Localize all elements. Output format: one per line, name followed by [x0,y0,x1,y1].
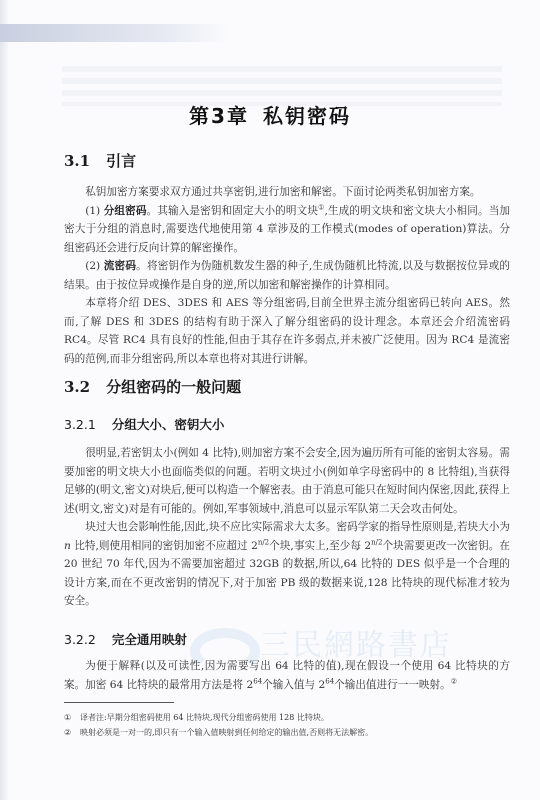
section-3-2-2-body: 为便于解释(以及可读性,因为需要写出 64 比特的值),现在假设一个使用 64 … [64,657,510,694]
s321-paragraph-1: 很明显,若密钥太小(例如 4 比特),则加密方案不会安全,因为遍历所有可能的密钥… [64,444,510,518]
section-heading-3-2: 3.2分组密码的一般问题 [64,376,241,397]
chapter-name: 私钥密码 [263,104,351,128]
footnotes: ①译者注:早期分组密码使用 64 比特块,现代分组密码使用 128 比特块。 ②… [64,710,510,740]
section-3-1-body: 私钥加密方案要求双方通过共享密钥,进行加密和解密。下面讨论两类私钥加密方案。 (… [64,183,510,368]
section-3-2-1-body: 很明显,若密钥太小(例如 4 比特),则加密方案不会安全,因为遍历所有可能的密钥… [64,444,510,611]
intro-paragraph-1: 私钥加密方案要求双方通过共享密钥,进行加密和解密。下面讨论两类私钥加密方案。 [64,183,510,202]
intro-paragraph-3: (2) 流密码。将密钥作为伪随机数发生器的种子,生成伪随机比特流,以及与数据按位… [64,257,510,294]
s321-paragraph-2: 块过大也会影响性能,因此,块不应比实际需求大太多。密码学家的指导性原则是,若块大… [64,518,510,611]
section-heading-3-1: 3.1引言 [64,150,136,171]
subsection-heading-3-2-1: 3.2.1分组大小、密钥大小 [64,415,224,433]
s322-paragraph-1: 为便于解释(以及可读性,因为需要写出 64 比特的值),现在假设一个使用 64 … [64,657,510,694]
footnote-divider [64,702,174,703]
footnote-ref-2: ② [451,677,457,685]
scan-header-band [0,24,230,42]
footnote-2: ②映射必须是一对一的,即只有一个输入值映射到任何给定的输出值,否则将无法解密。 [64,725,510,740]
intro-paragraph-4: 本章将介绍 DES、3DES 和 AES 等分组密码,目前全世界主流分组密码已转… [64,294,510,368]
chapter-label: 第3章 [189,104,249,128]
chapter-title: 第3章私钥密码 [0,100,540,129]
subsection-heading-3-2-2: 3.2.2完全通用映射 [64,630,187,648]
intro-paragraph-2: (1) 分组密码。其输入是密钥和固定大小的明文块①,生成的明文块和密文块大小相同… [64,202,510,258]
footnote-1: ①译者注:早期分组密码使用 64 比特块,现代分组密码使用 128 比特块。 [64,710,510,725]
